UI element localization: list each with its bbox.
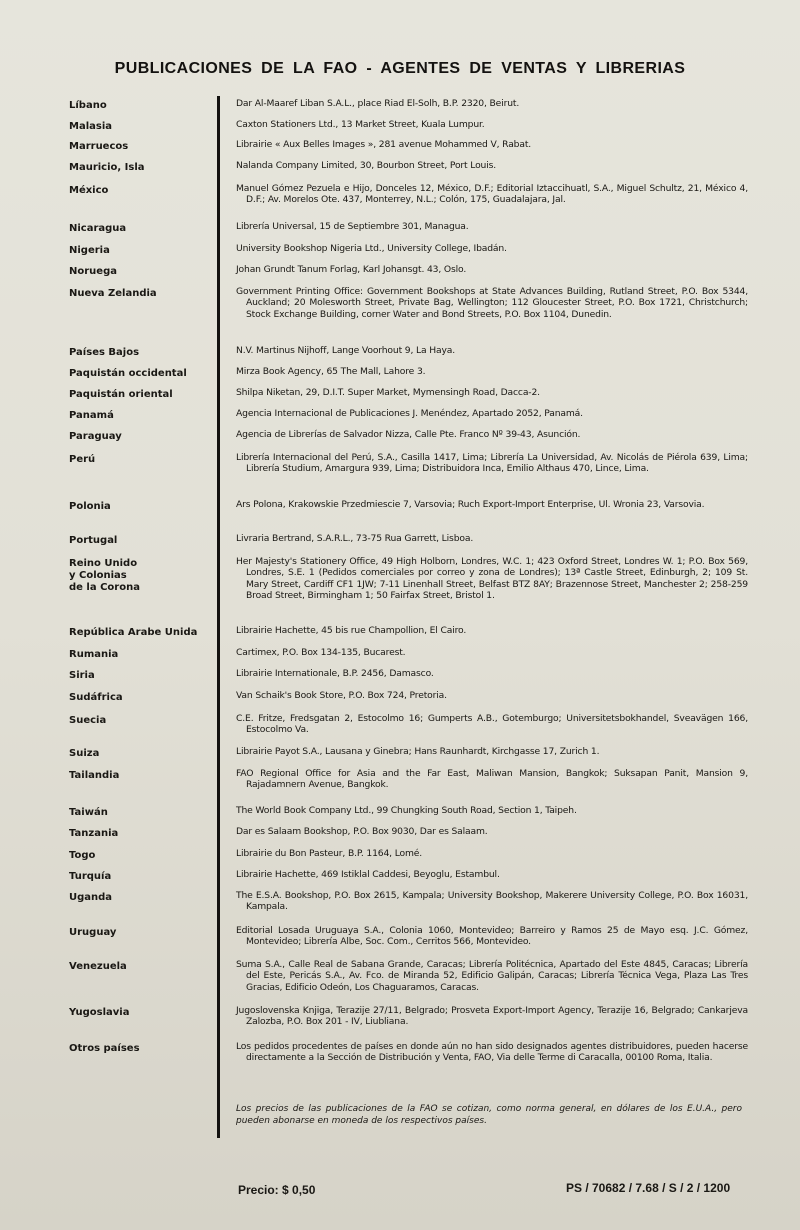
country-name: Togo <box>69 850 214 862</box>
page-title: PUBLICACIONES DE LA FAO - AGENTES DE VEN… <box>0 60 800 78</box>
country-name: Marruecos <box>69 141 214 153</box>
agent-address: Van Schaik's Book Store, P.O. Box 724, P… <box>236 690 748 701</box>
country-name: Panamá <box>69 410 214 422</box>
country-name: Taiwán <box>69 807 214 819</box>
agent-address: Suma S.A., Calle Real de Sabana Grande, … <box>236 959 748 993</box>
agent-address: Librairie Hachette, 469 Istiklal Caddesi… <box>236 869 748 880</box>
country-name: Noruega <box>69 266 214 278</box>
agent-address: Cartimex, P.O. Box 134-135, Bucarest. <box>236 647 748 658</box>
country-name: Malasia <box>69 121 214 133</box>
price-note: Los precios de las publicaciones de la F… <box>236 1103 742 1127</box>
agent-address: Librería Internacional del Perú, S.A., C… <box>236 452 748 475</box>
agent-address: Dar Al-Maaref Liban S.A.L., place Riad E… <box>236 98 748 109</box>
country-name: Paraguay <box>69 431 214 443</box>
price-label: Precio: $ 0,50 <box>238 1183 315 1197</box>
country-name: Nigeria <box>69 245 214 257</box>
country-name: Mauricio, Isla <box>69 162 214 174</box>
country-name: Tailandia <box>69 770 214 782</box>
agent-address: Agencia de Librerías de Salvador Nizza, … <box>236 429 748 440</box>
country-name: Yugoslavia <box>69 1007 214 1019</box>
agent-address: Editorial Losada Uruguaya S.A., Colonia … <box>236 925 748 948</box>
agent-address: Caxton Stationers Ltd., 13 Market Street… <box>236 119 748 130</box>
country-name: Rumania <box>69 649 214 661</box>
agent-address: Mirza Book Agency, 65 The Mall, Lahore 3… <box>236 366 748 377</box>
agent-address: Johan Grundt Tanum Forlag, Karl Johansgt… <box>236 264 748 275</box>
country-name: Otros países <box>69 1043 214 1055</box>
agent-address: Jugoslovenska Knjiga, Terazije 27/11, Be… <box>236 1005 748 1028</box>
country-name: Siria <box>69 670 214 682</box>
agent-address: C.E. Fritze, Fredsgatan 2, Estocolmo 16;… <box>236 713 748 736</box>
agent-address: Librairie Internationale, B.P. 2456, Dam… <box>236 668 748 679</box>
country-name: México <box>69 185 214 197</box>
column-divider <box>217 96 220 1138</box>
agent-address: Librairie « Aux Belles Images », 281 ave… <box>236 139 748 150</box>
agent-address: Her Majesty's Stationery Office, 49 High… <box>236 556 748 601</box>
country-name: Países Bajos <box>69 347 214 359</box>
agent-address: Government Printing Office: Government B… <box>236 286 748 320</box>
agent-address: Librairie Hachette, 45 bis rue Champolli… <box>236 625 748 636</box>
country-name: Líbano <box>69 100 214 112</box>
country-name: Paquistán oriental <box>69 389 214 401</box>
country-name: Suecia <box>69 715 214 727</box>
agent-address: The E.S.A. Bookshop, P.O. Box 2615, Kamp… <box>236 890 748 913</box>
country-name: Tanzania <box>69 828 214 840</box>
agent-address: FAO Regional Office for Asia and the Far… <box>236 768 748 791</box>
country-name: Paquistán occidental <box>69 368 214 380</box>
country-name: República Arabe Unida <box>69 627 214 639</box>
agent-address: Livraria Bertrand, S.A.R.L., 73-75 Rua G… <box>236 533 748 544</box>
agent-address: Shilpa Niketan, 29, D.I.T. Super Market,… <box>236 387 748 398</box>
country-name: Venezuela <box>69 961 214 973</box>
country-name: Uganda <box>69 892 214 904</box>
agent-address: Nalanda Company Limited, 30, Bourbon Str… <box>236 160 748 171</box>
country-name: Perú <box>69 454 214 466</box>
country-name: Portugal <box>69 535 214 547</box>
agent-address: Ars Polona, Krakowskie Przedmiescie 7, V… <box>236 499 748 510</box>
agent-address: Librería Universal, 15 de Septiembre 301… <box>236 221 748 232</box>
agent-address: University Bookshop Nigeria Ltd., Univer… <box>236 243 748 254</box>
country-name: Sudáfrica <box>69 692 214 704</box>
agent-address: The World Book Company Ltd., 99 Chungkin… <box>236 805 748 816</box>
agent-address: Dar es Salaam Bookshop, P.O. Box 9030, D… <box>236 826 748 837</box>
agent-address: Agencia Internacional de Publicaciones J… <box>236 408 748 419</box>
country-name: Suiza <box>69 748 214 760</box>
publication-code: PS / 70682 / 7.68 / S / 2 / 1200 <box>566 1181 730 1195</box>
country-name: Nicaragua <box>69 223 214 235</box>
country-name: Nueva Zelandia <box>69 288 214 300</box>
agent-address: Los pedidos procedentes de países en don… <box>236 1041 748 1064</box>
country-name: Reino Unido y Colonias de la Corona <box>69 558 214 594</box>
agent-address: Manuel Gómez Pezuela e Hijo, Donceles 12… <box>236 183 748 206</box>
agent-address: N.V. Martinus Nijhoff, Lange Voorhout 9,… <box>236 345 748 356</box>
agent-address: Librairie Payot S.A., Lausana y Ginebra;… <box>236 746 748 757</box>
country-name: Uruguay <box>69 927 214 939</box>
agent-address: Librairie du Bon Pasteur, B.P. 1164, Lom… <box>236 848 748 859</box>
country-name: Polonia <box>69 501 214 513</box>
country-name: Turquía <box>69 871 214 883</box>
